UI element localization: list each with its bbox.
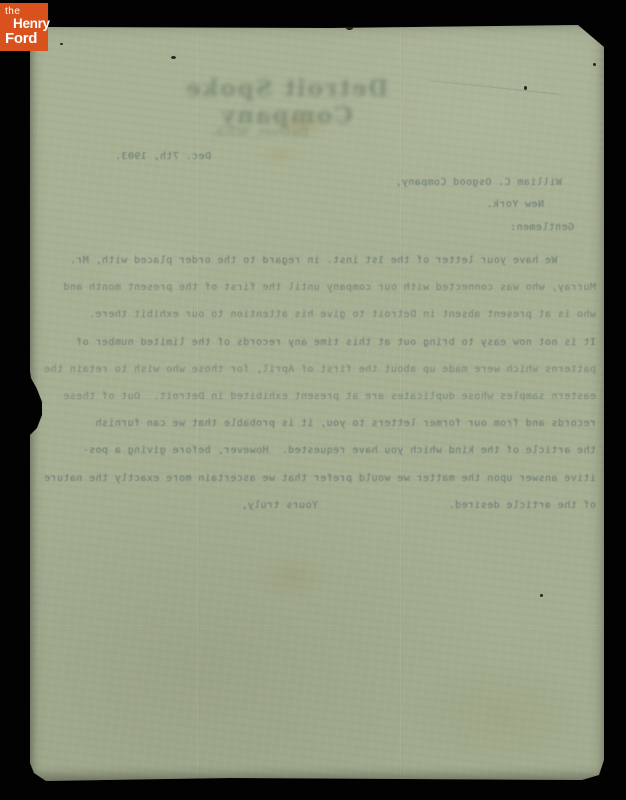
logo-ford: Ford [5, 30, 37, 47]
photo-background: Detroit Spoke Company Detroit, Mich. Dec… [0, 0, 626, 800]
letter-document: Detroit Spoke Company Detroit, Mich. Dec… [30, 25, 604, 781]
henry-ford-logo: the Henry Ford [0, 3, 48, 51]
paper-edge-shading [30, 25, 604, 781]
logo-henry: Henry [13, 16, 50, 31]
